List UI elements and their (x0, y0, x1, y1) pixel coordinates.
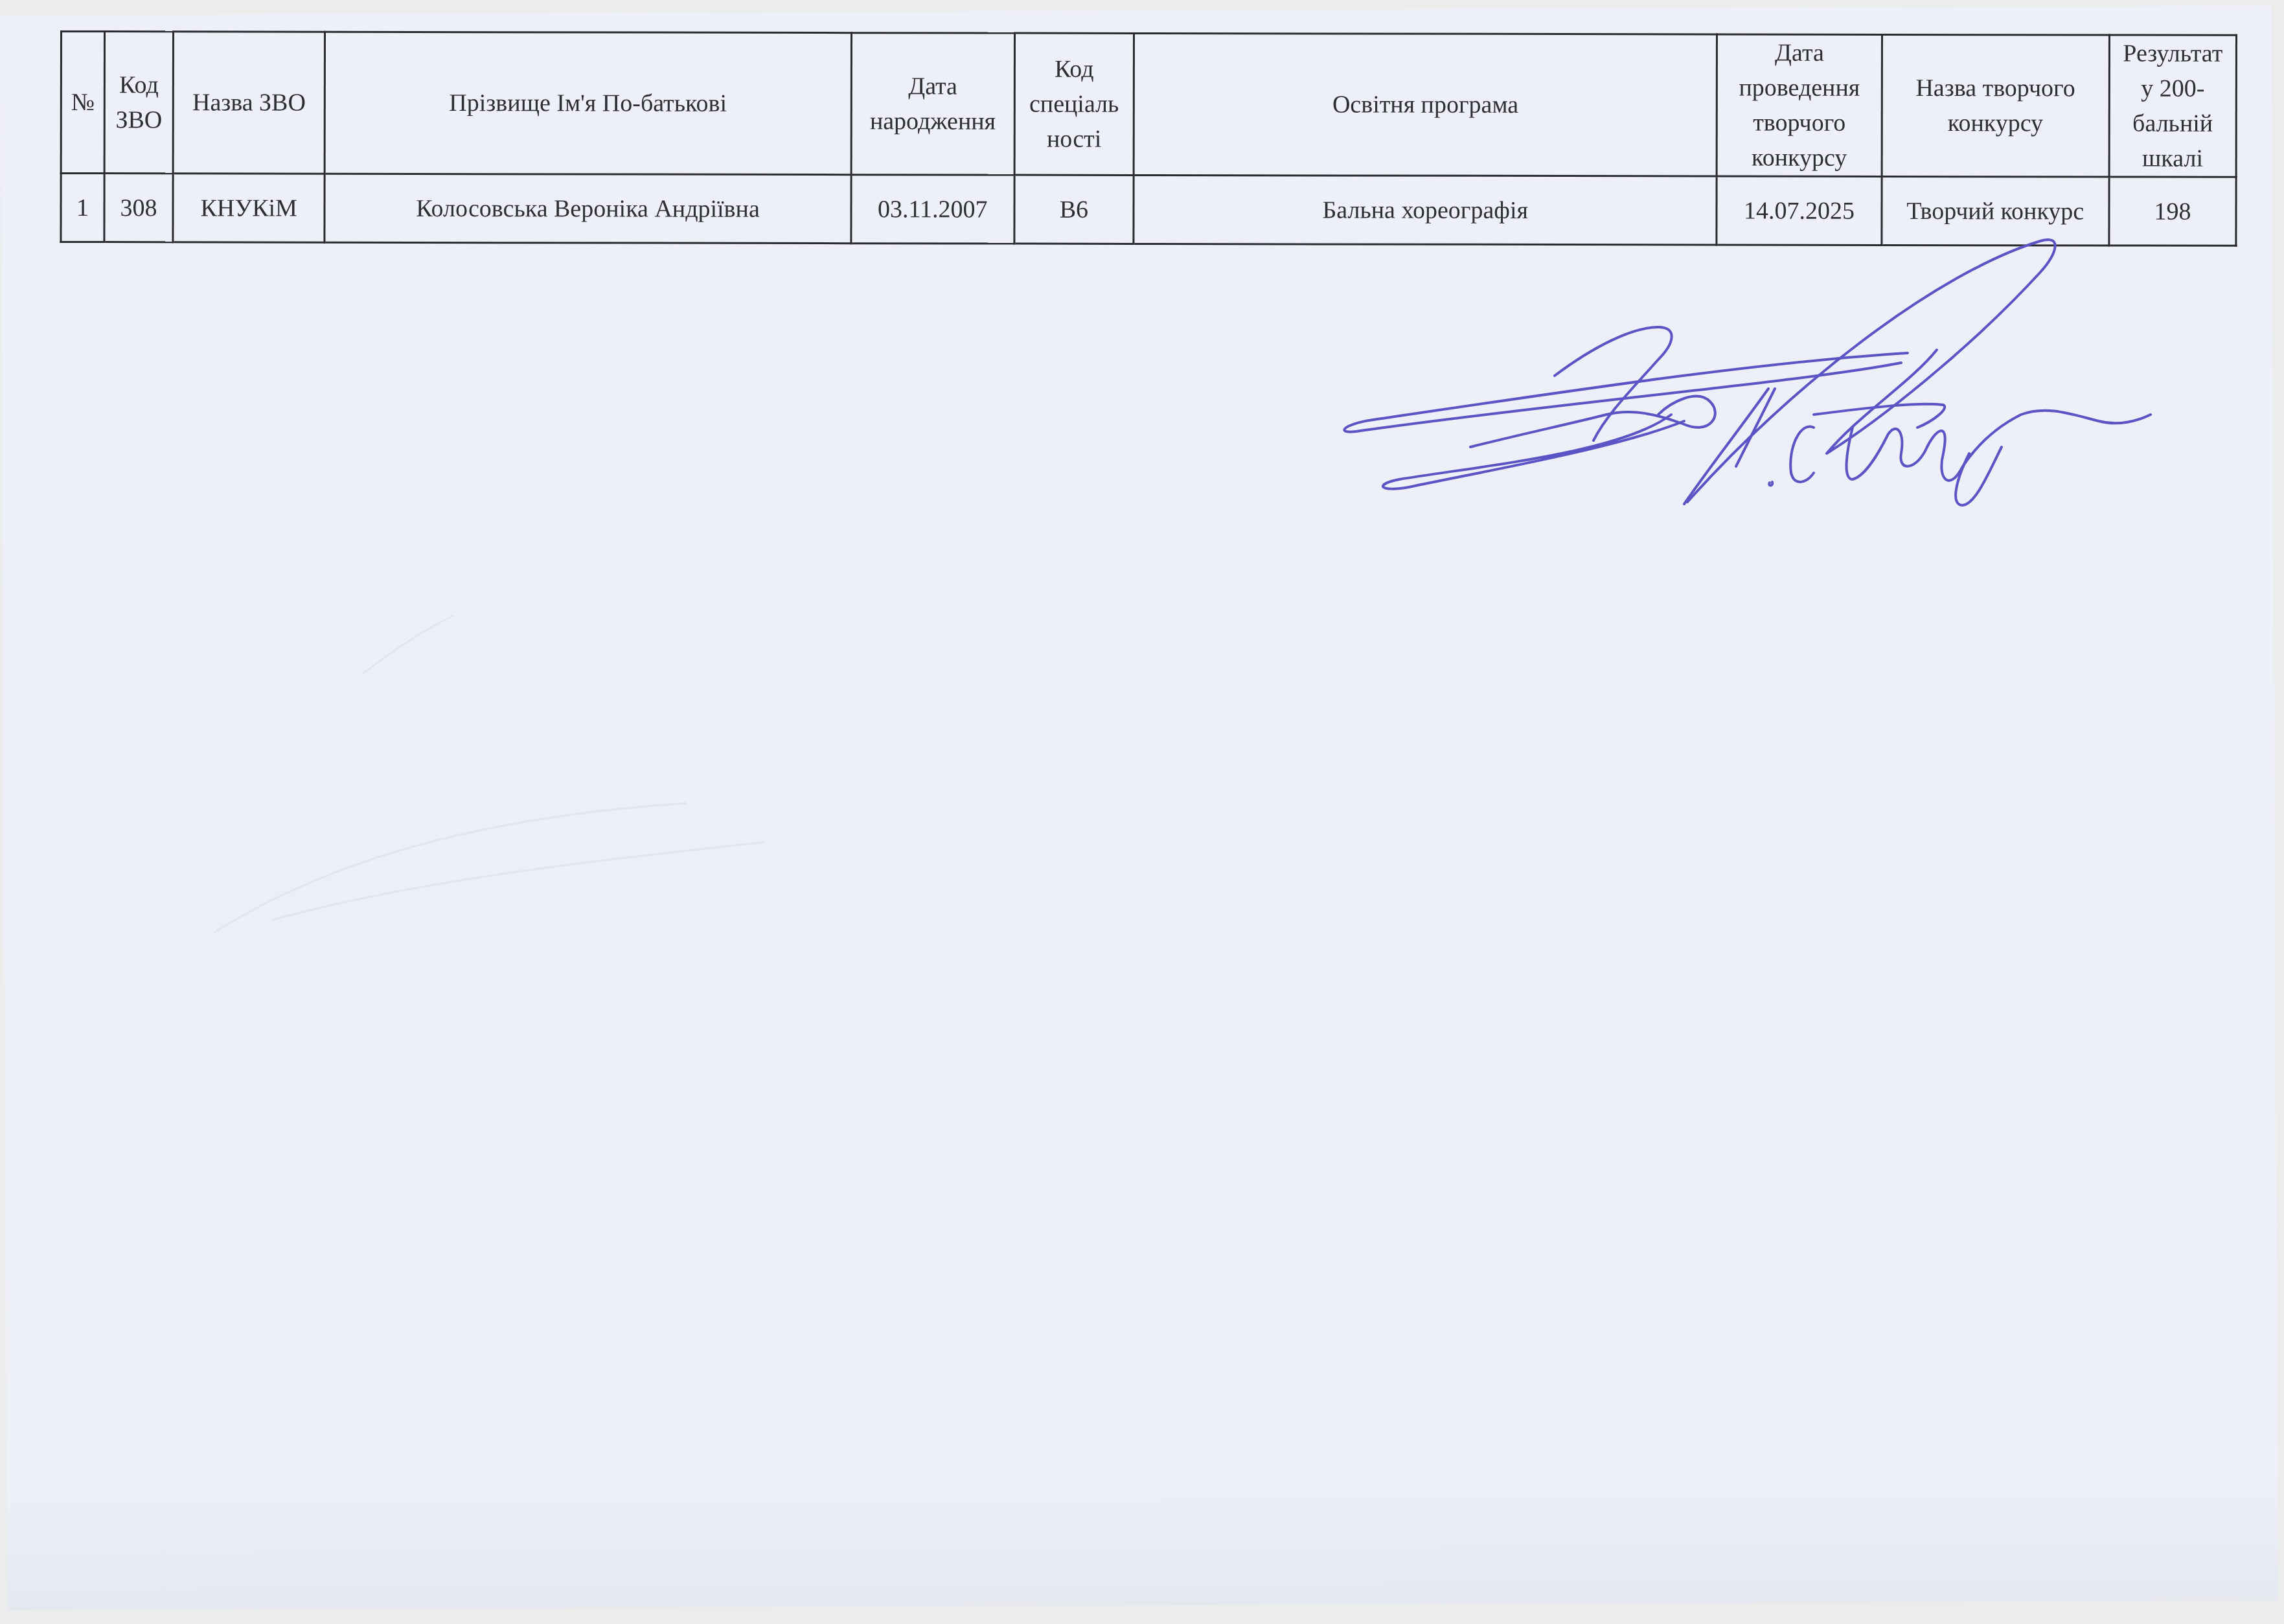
header-result: Результат у 200- бальній шкалі (2109, 35, 2237, 177)
cell-educational-program: Бальна хореографія (1134, 175, 1717, 245)
header-contest-date: Дата проведення творчого конкурсу (1717, 34, 1882, 176)
header-specialty-code: Код спеціаль ності (1014, 33, 1134, 175)
cell-birth-date: 03.11.2007 (851, 175, 1014, 244)
cell-contest-date: 14.07.2025 (1717, 176, 1881, 245)
header-institution-code: Код ЗВО (104, 32, 173, 174)
cell-number: 1 (61, 174, 104, 242)
table-header-row: № Код ЗВО Назва ЗВО Прізвище Ім'я По-бат… (61, 32, 2236, 177)
header-full-name: Прізвище Ім'я По-батькові (325, 32, 851, 174)
header-birth-date: Дата народження (851, 33, 1015, 175)
cell-full-name: Колосовська Вероніка Андріївна (325, 174, 851, 243)
cell-contest-name: Творчий конкурс (1882, 176, 2109, 246)
cell-institution-code: 308 (104, 174, 173, 242)
header-contest-name: Назва творчого конкурсу (1882, 34, 2110, 177)
cell-institution-name: КНУКіМ (173, 174, 325, 242)
paper-sheet (0, 6, 2278, 1610)
results-table: № Код ЗВО Назва ЗВО Прізвище Ім'я По-бат… (60, 30, 2237, 247)
header-institution-name: Назва ЗВО (173, 32, 325, 174)
header-educational-program: Освітня програма (1134, 33, 1717, 176)
header-number: № (61, 32, 104, 174)
results-table-container: № Код ЗВО Назва ЗВО Прізвище Ім'я По-бат… (60, 30, 2237, 247)
cell-result: 198 (2109, 177, 2236, 246)
table-row: 1 308 КНУКіМ Колосовська Вероніка Андрії… (61, 174, 2236, 246)
cell-specialty-code: В6 (1014, 175, 1134, 244)
